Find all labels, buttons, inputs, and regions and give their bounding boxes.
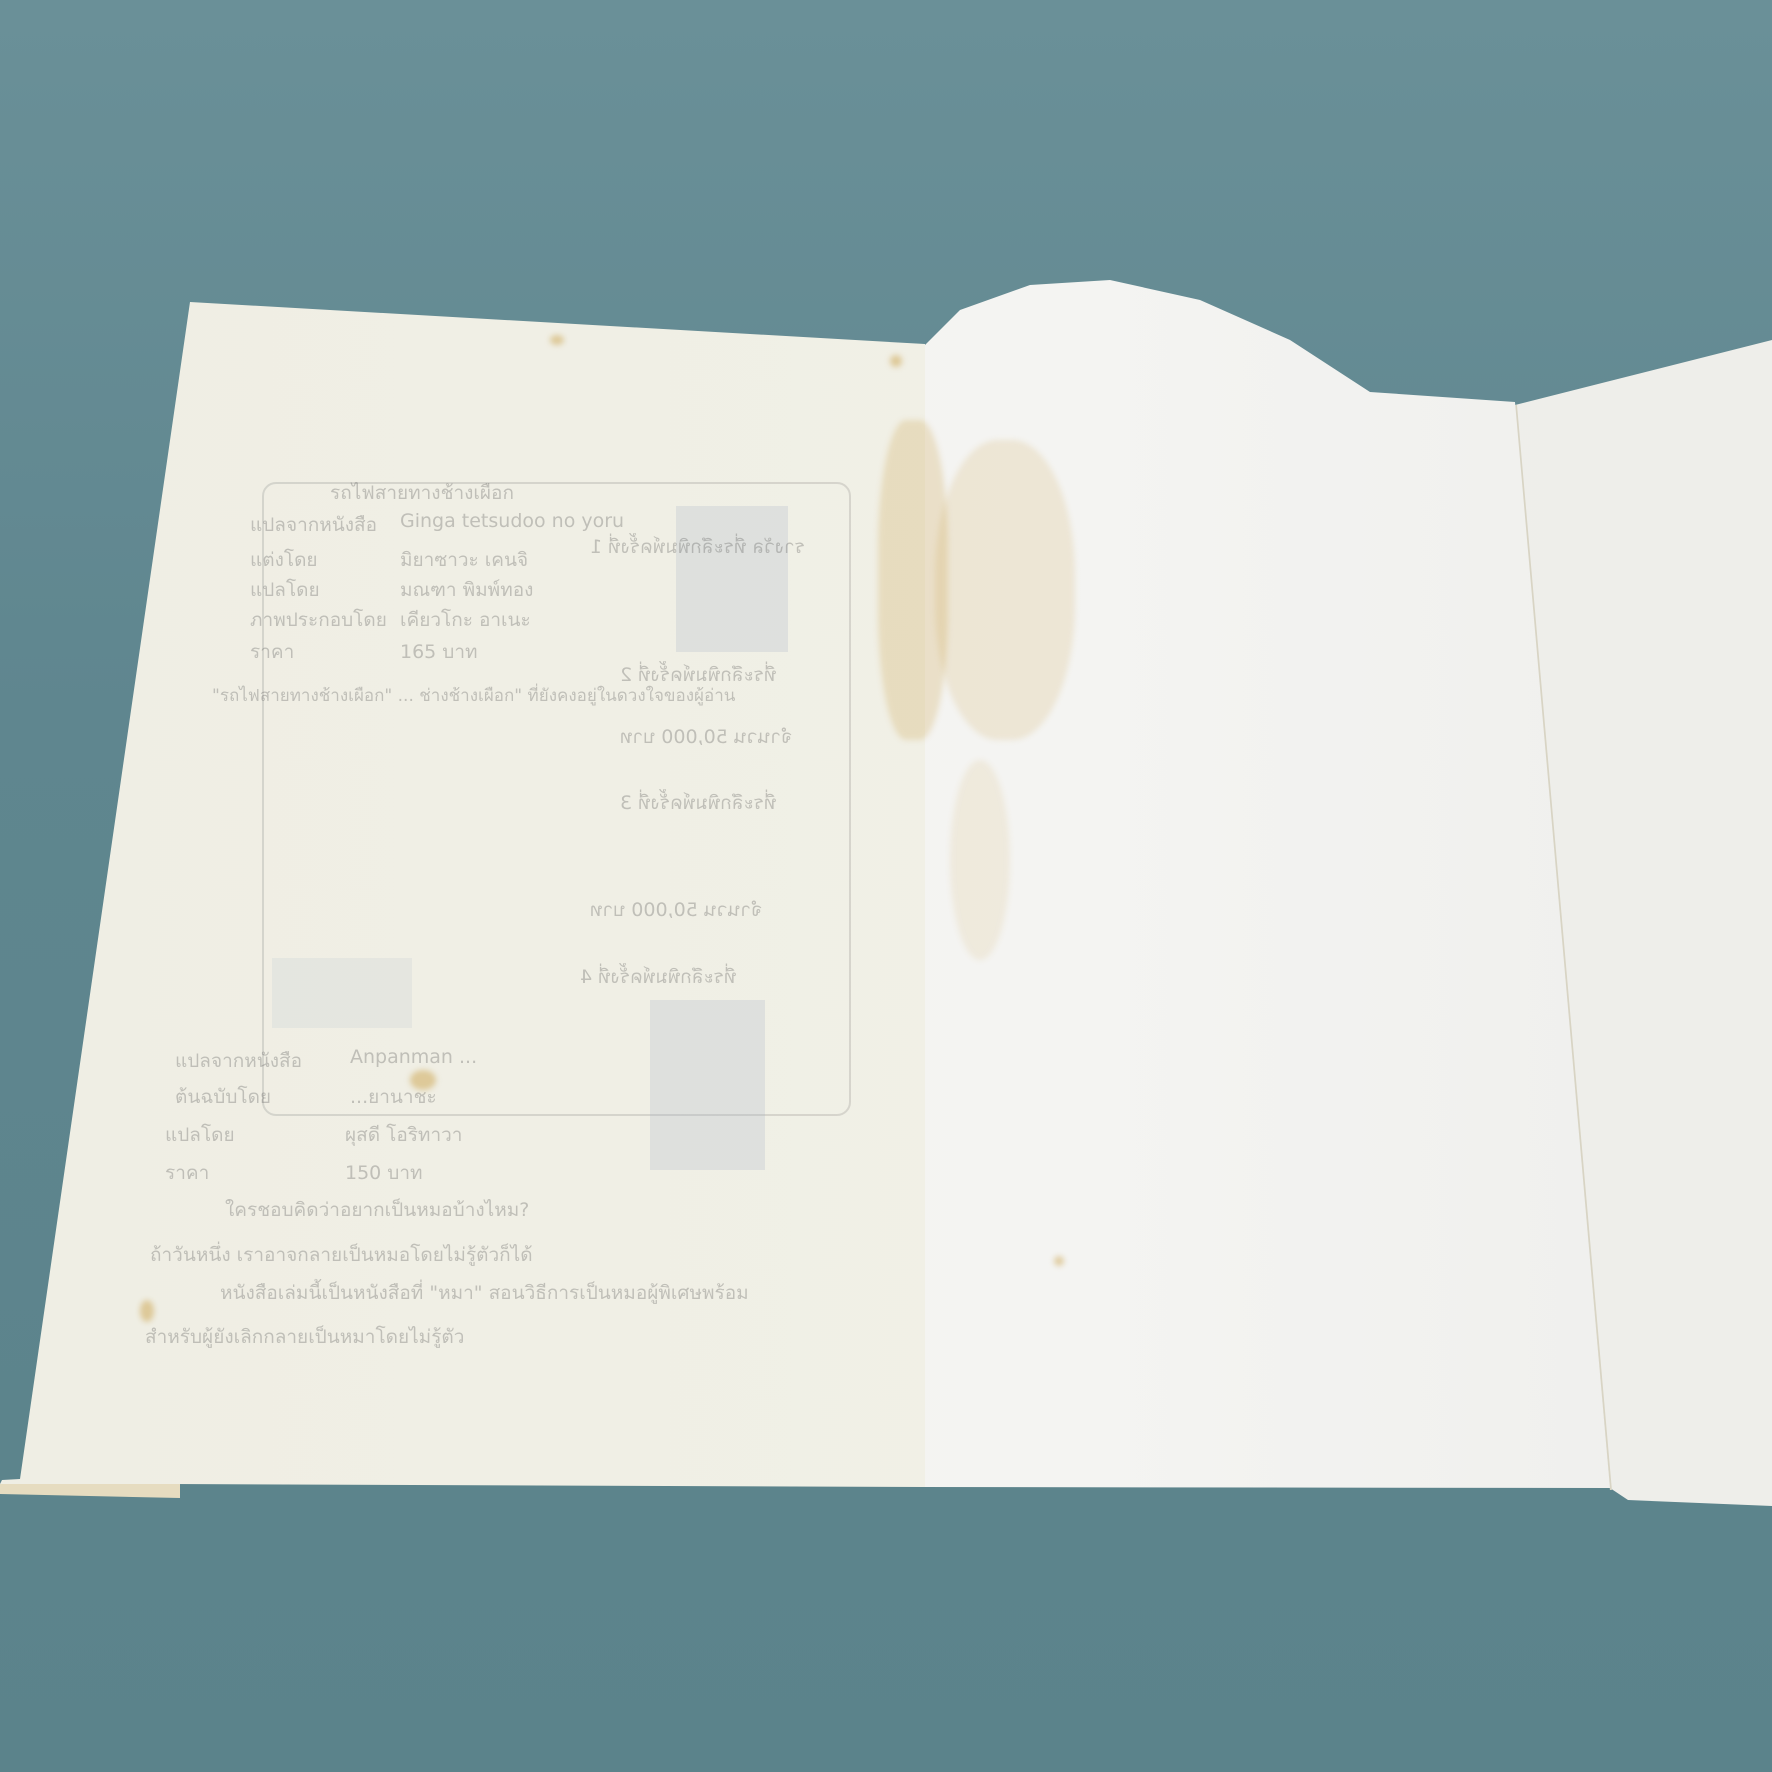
- foxing-stain: [410, 1070, 436, 1090]
- row-value: Ginga tetsudoo no yoru: [400, 510, 624, 532]
- mirrored-line: รางวัล ที่ระลึกพิมพ์ครั้งที่ 1: [590, 532, 805, 562]
- foxing-stain: [140, 1300, 154, 1322]
- mirrored-line: ที่ระลึกพิมพ์ครั้งที่ 4: [580, 962, 737, 992]
- row-label: แปลโดย: [250, 575, 320, 605]
- paragraph-2: ถ้าวันหนึ่ง เราอาจกลายเป็นหมอโดยไม่รู้ตั…: [150, 1240, 533, 1270]
- paragraph-3: หนังสือเล่มนี้เป็นหนังสือที่ "หมา" สอนวิ…: [220, 1278, 749, 1308]
- row-value: มิยาซาวะ เคนจิ: [400, 545, 528, 575]
- row-value: มณฑา พิมพ์ทอง: [400, 575, 533, 605]
- book-cover-ghost-1: [676, 506, 788, 652]
- row-value: 150 บาท: [345, 1158, 423, 1188]
- book-cover-ghost-2: [650, 1000, 765, 1170]
- foxing-stain: [935, 440, 1075, 740]
- row-label: แปลจากหนังสือ: [175, 1046, 302, 1076]
- box-title: รถไฟสายทางช้างเผือก: [330, 478, 514, 508]
- row-label: ราคา: [250, 637, 294, 667]
- row-value: Anpanman ...: [350, 1046, 477, 1068]
- row-label: แต่งโดย: [250, 545, 318, 575]
- foxing-stain: [890, 355, 902, 367]
- row-label: แปลจากหนังสือ: [250, 510, 377, 540]
- row-label: ภาพประกอบโดย: [250, 605, 387, 635]
- row-value: 165 บาท: [400, 637, 478, 667]
- mirrored-line: จำนวน 50,000 บาท: [590, 895, 762, 925]
- paragraph-2: ใครชอบคิดว่าอยากเป็นหมอบ้างไหม?: [225, 1195, 529, 1225]
- row-label: ต้นฉบับโดย: [175, 1082, 271, 1112]
- row-label: ราคา: [165, 1158, 209, 1188]
- foxing-stain: [550, 335, 564, 345]
- foxing-stain: [1054, 1256, 1064, 1266]
- row-value: ผุสดี โอริทาวา: [345, 1120, 462, 1150]
- foxing-stain: [950, 760, 1010, 960]
- mirrored-line: จำนวน 50,000 บาท: [620, 722, 792, 752]
- row-value: เคียวโกะ อาเนะ: [400, 605, 531, 635]
- photo-scene: รถไฟสายทางช้างเผือก แปลจากหนังสือ Ginga …: [0, 0, 1772, 1772]
- mirrored-line: ที่ระลึกพิมพ์ครั้งที่ 3: [620, 788, 777, 818]
- row-label: แปลโดย: [165, 1120, 235, 1150]
- paragraph-1: "รถไฟสายทางช้างเผือก" ... ช่างช้างเผือก"…: [212, 682, 735, 709]
- paragraph-3: สำหรับผู้ยังเลิกกลายเป็นหมาโดยไม่รู้ตัว: [145, 1322, 464, 1352]
- book-cover-ghost-3: [272, 958, 412, 1028]
